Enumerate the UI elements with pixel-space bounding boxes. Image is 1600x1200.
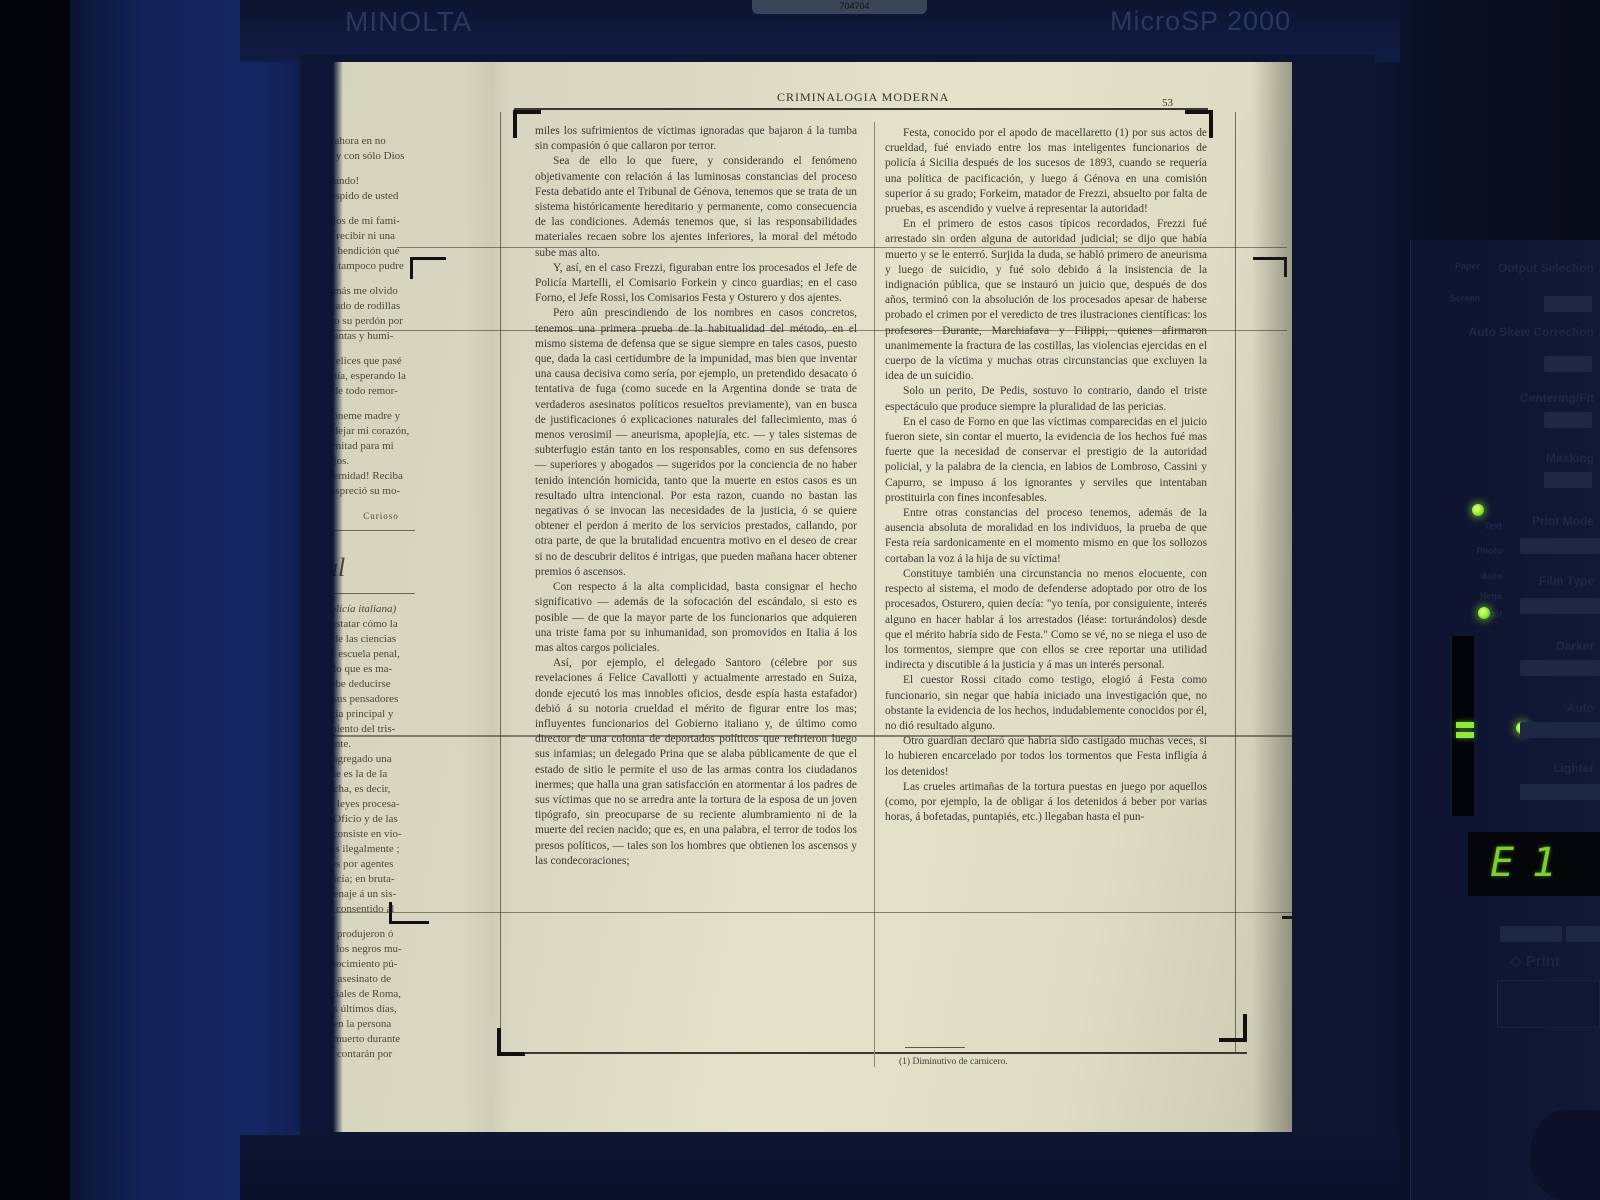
paragraph: Solo un perito, De Pedis, sostuvo lo con… bbox=[885, 384, 1207, 414]
output-selection-label: Output Selection bbox=[1498, 262, 1594, 275]
scan-frame-bottom bbox=[497, 1052, 1247, 1054]
film-type-option-nega: Nega bbox=[1480, 590, 1502, 603]
led-film-type-posi bbox=[1478, 607, 1490, 619]
running-header: CRIMINALOGIA MODERNA bbox=[777, 90, 949, 105]
brand-logo: MINOLTA bbox=[345, 6, 472, 38]
paragraph: Con respecto á la alta complicidad, bast… bbox=[535, 580, 857, 656]
auto-skew-button[interactable] bbox=[1544, 356, 1592, 372]
crop-mark-bottom-right[interactable] bbox=[1219, 1014, 1247, 1042]
crop-mark-bottom-left[interactable] bbox=[497, 1028, 525, 1056]
print-mode-option-text: Text bbox=[1484, 520, 1502, 533]
text-column-left: miles los sufrimientos de víctimas ignor… bbox=[535, 124, 857, 869]
paragraph: Festa, conocido por el apodo de macellar… bbox=[885, 126, 1207, 217]
paragraph: Constituye también una circunstancia no … bbox=[885, 567, 1207, 673]
seven-segment-display: E1 bbox=[1468, 832, 1600, 896]
control-panel bbox=[1400, 240, 1600, 1200]
darker-label: Darker bbox=[1556, 640, 1594, 653]
column-divider bbox=[874, 122, 875, 1067]
page-gutter bbox=[462, 62, 512, 1132]
projection-screen: ir ahora en noal y con sólo Diosmundo!de… bbox=[307, 62, 1292, 1132]
film-scratch bbox=[397, 247, 1287, 248]
bottom-bezel bbox=[240, 1135, 1400, 1200]
scan-frame-top bbox=[514, 108, 1208, 110]
crop-mark-top-left[interactable] bbox=[513, 110, 541, 138]
paragraph: Pero aûn prescindiendo de los nombres en… bbox=[535, 306, 857, 580]
auto-exposure-label: Auto bbox=[1567, 702, 1594, 715]
print-mode-option-photo: Photo bbox=[1477, 545, 1503, 558]
indicator-screen-label: Screen bbox=[1450, 292, 1480, 305]
crop-mark-top-right[interactable] bbox=[1185, 110, 1213, 138]
darker-button[interactable] bbox=[1520, 660, 1600, 676]
bargraph-segment bbox=[1456, 732, 1474, 738]
asset-sticker: 704704 bbox=[752, 0, 927, 14]
paragraph: El cuestor Rossi citado como testigo, el… bbox=[885, 673, 1207, 734]
film-advance-knob[interactable] bbox=[1530, 1110, 1600, 1200]
scan-frame-left bbox=[500, 112, 501, 1052]
display-value: E1 bbox=[1490, 840, 1574, 886]
model-name: MicroSP 2000 bbox=[1110, 6, 1291, 37]
film-type-option-auto: Auto bbox=[1482, 570, 1503, 583]
paragraph: Las crueles artimañas de la tortura pues… bbox=[885, 780, 1207, 826]
paragraph: En el primero de estos casos típicos rec… bbox=[885, 217, 1207, 384]
film-scratch bbox=[307, 735, 1292, 737]
film-scratch bbox=[327, 330, 1287, 331]
paragraph: Sea de ello lo que fuere, y considerando… bbox=[535, 154, 857, 260]
print-icon: ◇ bbox=[1510, 953, 1526, 970]
print-mode-button[interactable] bbox=[1520, 538, 1600, 554]
paragraph: Y, así, en el caso Frezzi, figuraban ent… bbox=[535, 261, 857, 307]
paragraph: miles los sufrimientos de víctimas ignor… bbox=[535, 124, 857, 154]
screen-shadow bbox=[307, 62, 343, 1132]
text-column-right: Festa, conocido por el apodo de macellar… bbox=[885, 126, 1207, 825]
print-label-text: Print bbox=[1526, 953, 1560, 970]
paragraph: Entre otras constancias del proceso tene… bbox=[885, 506, 1207, 567]
background-shadow bbox=[0, 0, 70, 1200]
lighter-button[interactable] bbox=[1520, 784, 1600, 800]
centering-fit-label: Centering/Fit bbox=[1520, 392, 1594, 405]
masking-label: Masking bbox=[1546, 452, 1594, 465]
scan-frame-right bbox=[1235, 112, 1236, 1052]
print-button[interactable] bbox=[1497, 980, 1600, 1028]
output-selection-button[interactable] bbox=[1544, 296, 1592, 312]
film-type-label: Film Type bbox=[1539, 575, 1594, 588]
film-scratch bbox=[307, 912, 1292, 913]
control-panel-face bbox=[1410, 240, 1600, 1200]
paragraph: Otro guardian declaró que habría sido ca… bbox=[885, 734, 1207, 780]
centering-fit-button[interactable] bbox=[1544, 412, 1592, 428]
footnote-rule bbox=[905, 1047, 965, 1048]
print-mode-label: Print Mode bbox=[1532, 515, 1594, 528]
print-label: ◇ Print bbox=[1510, 952, 1560, 970]
lighter-label: Lighter bbox=[1553, 762, 1594, 775]
auto-exposure-button[interactable] bbox=[1520, 722, 1600, 738]
mask-mark-top-left[interactable] bbox=[410, 257, 446, 279]
auto-skew-label: Auto Skew Correction bbox=[1469, 326, 1594, 339]
paragraph: En el caso de Forno en que las víctimas … bbox=[885, 415, 1207, 506]
indicator-paper-label: Paper bbox=[1455, 260, 1480, 273]
screen-shadow bbox=[1252, 62, 1292, 1132]
film-type-button[interactable] bbox=[1520, 598, 1600, 614]
microfilm-reader: MINOLTA MicroSP 2000 704704 ir ahora en … bbox=[0, 0, 1600, 1200]
mask-mark-bottom-left[interactable] bbox=[389, 902, 429, 924]
paragraph: Así, por ejemplo, el delegado Santoro (c… bbox=[535, 656, 857, 869]
exposure-bargraph bbox=[1450, 636, 1474, 816]
footnote: (1) Diminutivo de carnicero. bbox=[899, 1057, 1008, 1067]
copy-count-down-button[interactable] bbox=[1500, 926, 1562, 942]
bargraph-segment bbox=[1456, 722, 1474, 728]
masking-button[interactable] bbox=[1544, 472, 1592, 488]
led-print-mode-text bbox=[1472, 504, 1484, 516]
copy-count-up-button[interactable] bbox=[1566, 926, 1600, 942]
